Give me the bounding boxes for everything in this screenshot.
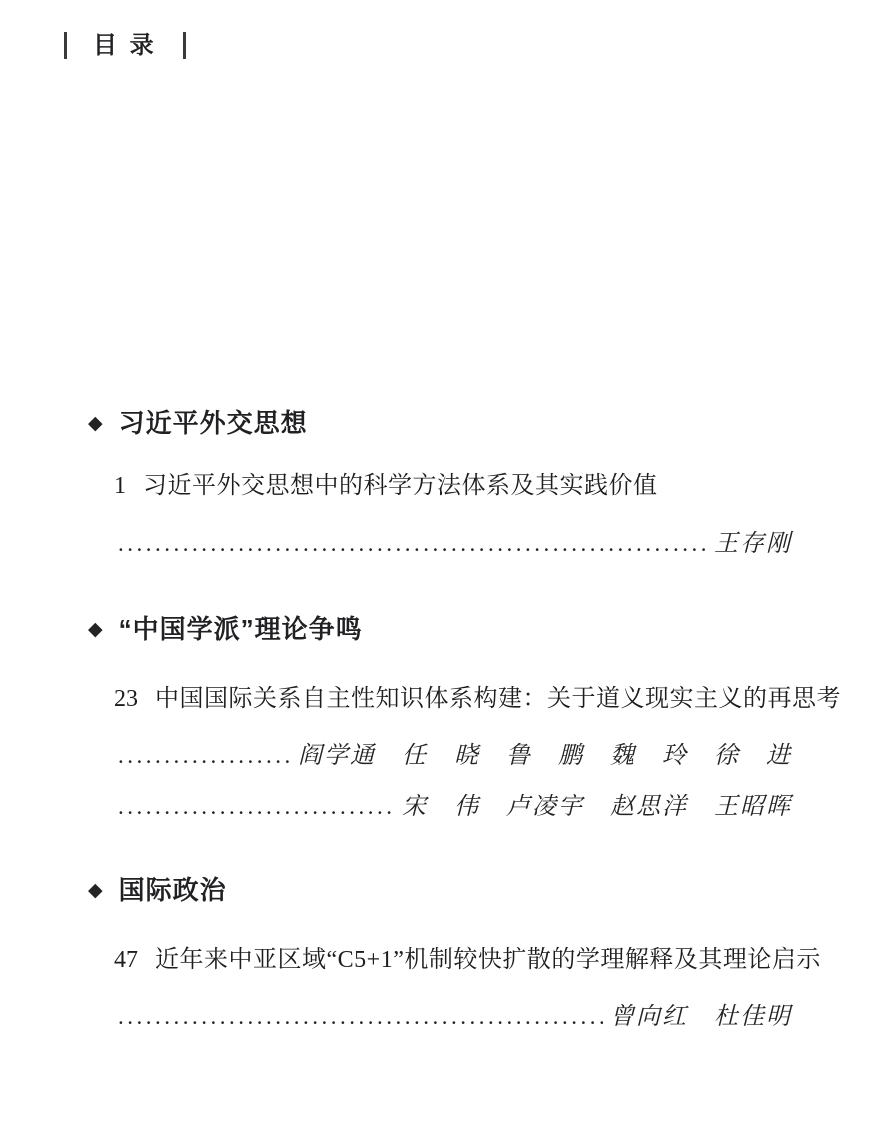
leader-line: ........................................…: [118, 532, 792, 556]
author-names: 王存刚: [707, 532, 792, 556]
toc-entry: 47近年来中亚区域“C5+1”机制较快扩散的学理解释及其理论启示: [114, 948, 821, 972]
header-rule-left: [64, 32, 67, 59]
section-heading-international-politics: ◆ 国际政治: [88, 877, 227, 903]
section-title: “中国学派”理论争鸣: [119, 616, 363, 642]
leader-line: ........................................…: [118, 1005, 792, 1029]
leader-dots: ........................................…: [118, 795, 395, 818]
entry-page-number: 23: [114, 686, 138, 712]
leader-dots: ........................................…: [118, 532, 707, 555]
section-heading-chinese-school: ◆ “中国学派”理论争鸣: [88, 616, 363, 642]
section-heading-xi-diplomacy: ◆ 习近平外交思想: [88, 410, 308, 436]
leader-line: ........................................…: [118, 744, 792, 768]
toc-entry: 23中国国际关系自主性知识体系构建：关于道义现实主义的再思考: [114, 687, 841, 711]
author-names: 曾向红 杜佳明: [603, 1005, 792, 1029]
section-title: 习近平外交思想: [119, 410, 308, 436]
toc-entry: 1习近平外交思想中的科学方法体系及其实践价值: [114, 474, 658, 498]
leader-line: ........................................…: [118, 795, 792, 819]
header-rule-right: [183, 32, 186, 59]
page-header: 目 录: [64, 32, 186, 59]
author-names: 阎学通 任 晓 鲁 鹏 魏 玲 徐 进: [291, 744, 792, 768]
entry-title: 中国国际关系自主性知识体系构建：关于道义现实主义的再思考: [155, 686, 841, 712]
leader-dots: ........................................…: [118, 744, 291, 767]
diamond-bullet-icon: ◆: [88, 620, 103, 639]
diamond-bullet-icon: ◆: [88, 414, 103, 433]
author-names: 宋 伟 卢凌宇 赵思洋 王昭晖: [395, 795, 792, 819]
section-title: 国际政治: [119, 877, 227, 903]
entry-title: 近年来中亚区域“C5+1”机制较快扩散的学理解释及其理论启示: [155, 947, 821, 973]
toc-page: 目 录 ◆ 习近平外交思想 1习近平外交思想中的科学方法体系及其实践价值 ...…: [0, 0, 884, 1132]
entry-page-number: 47: [114, 947, 138, 973]
diamond-bullet-icon: ◆: [88, 881, 103, 900]
page-title: 目 录: [93, 34, 157, 58]
leader-dots: ........................................…: [118, 1005, 603, 1028]
entry-title: 习近平外交思想中的科学方法体系及其实践价值: [143, 473, 658, 499]
entry-page-number: 1: [114, 473, 126, 499]
